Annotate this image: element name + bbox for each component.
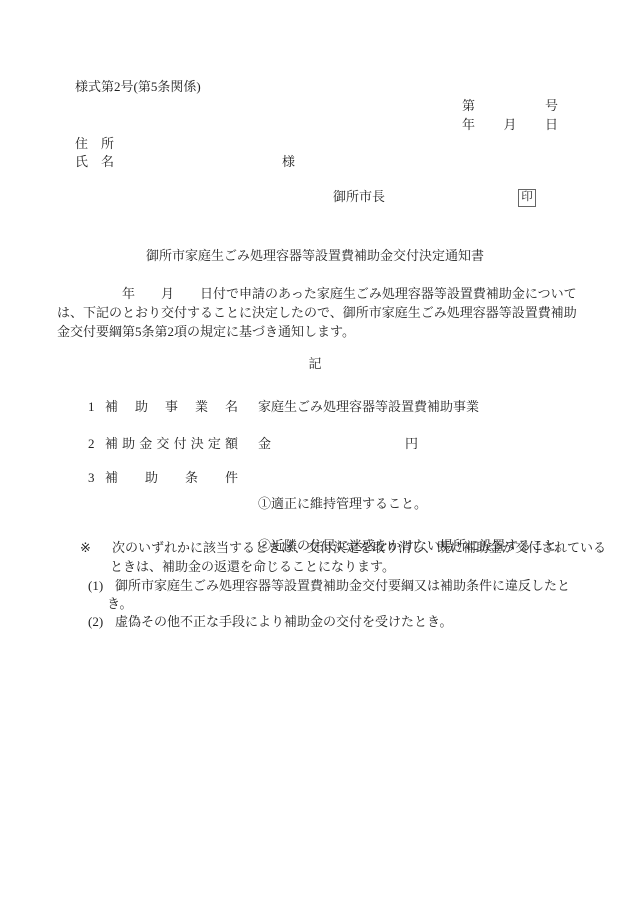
note-item-number: (2): [88, 615, 115, 628]
amount-suffix: 円: [405, 437, 418, 450]
form-number: 様式第2号(第5条関係): [75, 80, 201, 93]
item-number: 1: [88, 400, 105, 413]
item-number: 3: [88, 471, 105, 484]
note-item-2: (2) 虚偽その他不正な手段により補助金の交付を受けたとき。: [88, 615, 452, 628]
item-number: 2: [88, 437, 105, 450]
note-item-1: (1) 御所市家庭生ごみ処理容器等設置費補助金交付要綱又は補助条件に違反したと: [88, 579, 570, 592]
note-header-line: ※ 次のいずれかに該当するときは、交付決定を取り消し、既に補助金が交付されている: [80, 541, 606, 554]
note-item-text: き。: [107, 597, 132, 610]
address-label: 住 所: [75, 137, 114, 150]
item-row-project-name: 1 補助事業名 家庭生ごみ処理容器等設置費補助事業: [88, 400, 479, 413]
item-label: 補助事業名: [105, 400, 238, 413]
document-title: 御所市家庭生ごみ処理容器等設置費補助金交付決定通知書: [0, 249, 630, 262]
body-paragraph-line: は、下記のとおり交付することに決定したので、御所市家庭生ごみ処理容器等設置費補助: [57, 306, 577, 319]
condition-line: ①適正に維持管理すること。: [258, 494, 570, 513]
mayor-title: 御所市長: [333, 190, 385, 203]
note-line: ときは、補助金の返還を命じることになります。: [110, 560, 395, 573]
seal-mark: 印: [521, 192, 533, 204]
ki-heading: 記: [0, 357, 630, 370]
date-year-label: 年: [462, 118, 475, 131]
honorific-sama: 様: [282, 155, 295, 168]
doc-number-prefix: 第: [462, 99, 475, 112]
note-item-number: (1): [88, 579, 115, 592]
note-item-text: 虚偽その他不正な手段により補助金の交付を受けたとき。: [115, 615, 452, 628]
item-label: 補助条件: [105, 471, 238, 484]
note-line: 次のいずれかに該当するときは、交付決定を取り消し、既に補助金が交付されている: [112, 541, 606, 554]
date-day-label: 日: [545, 118, 558, 131]
body-paragraph-line: 金交付要綱第5条第2項の規定に基づき通知します。: [57, 325, 355, 338]
item-value: 家庭生ごみ処理容器等設置費補助事業: [258, 400, 479, 413]
document-number-line: 第 号: [462, 99, 558, 112]
doc-number-suffix: 号: [545, 99, 558, 112]
item-row-grant-amount: 2 補助金交付決定額 金 円: [88, 437, 418, 450]
item-label: 補助金交付決定額: [105, 437, 238, 450]
note-item-text: 御所市家庭生ごみ処理容器等設置費補助金交付要綱又は補助条件に違反したと: [115, 579, 570, 592]
seal-box: 印: [518, 189, 536, 207]
document-page: 様式第2号(第5条関係) 第 号 年 月 日 住 所 氏 名 様 御所市長 印 …: [0, 0, 630, 903]
date-line: 年 月 日: [462, 118, 558, 131]
name-label: 氏 名: [75, 155, 114, 168]
date-month-label: 月: [503, 118, 516, 131]
amount-prefix: 金: [258, 437, 271, 450]
note-mark: ※: [80, 541, 112, 554]
body-paragraph-line: 年 月 日付で申請のあった家庭生ごみ処理容器等設置費補助金について: [57, 287, 577, 300]
